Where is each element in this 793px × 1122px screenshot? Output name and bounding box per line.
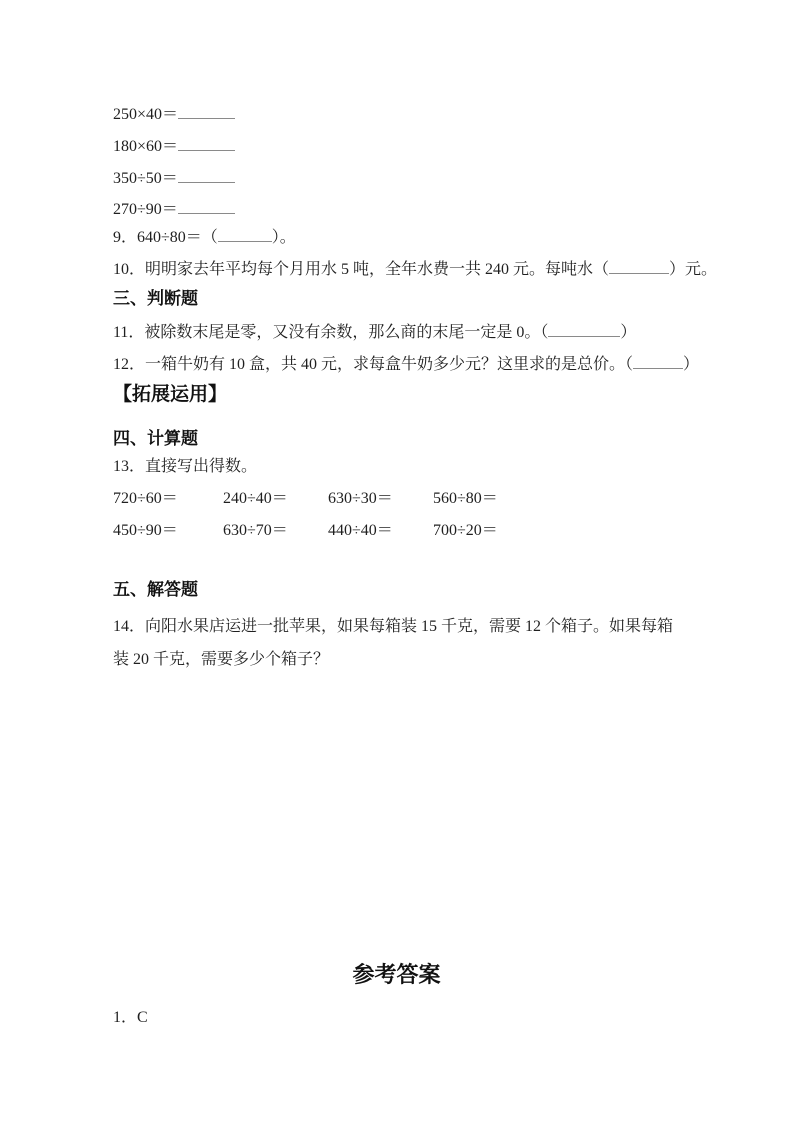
question-text: 9．640÷80＝（ [113, 229, 218, 246]
calc-row-2: 450÷90＝630÷70＝440÷40＝700÷20＝ [113, 521, 538, 541]
question-10: 10．明明家去年平均每个月用水 5 吨，全年水费一共 240 元。每吨水（）元。 [113, 258, 717, 280]
fill-equation-line-2: 180×60＝ [113, 135, 235, 157]
section-heading-judgment: 三、判断题 [113, 289, 198, 309]
calc-item: 440÷40＝ [328, 521, 433, 541]
question-text-suffix: ） [620, 324, 636, 341]
question-text-suffix: ） [683, 356, 699, 373]
answer-item-1: 1．C [113, 1008, 148, 1028]
answer-blank [633, 353, 683, 369]
section-heading-calculation: 四、计算题 [113, 429, 198, 449]
question-text-suffix: ）。 [272, 229, 296, 246]
calc-item: 560÷80＝ [433, 489, 538, 509]
answer-blank [178, 167, 235, 183]
equation-text: 270÷90＝ [113, 201, 178, 218]
answer-blank [178, 135, 235, 151]
calc-item: 720÷60＝ [113, 489, 223, 509]
calc-item: 240÷40＝ [223, 489, 328, 509]
fill-equation-line-1: 250×40＝ [113, 103, 235, 125]
question-13-instruction: 13．直接写出得数。 [113, 457, 257, 477]
answer-blank [178, 198, 235, 214]
calc-item: 700÷20＝ [433, 521, 538, 541]
answer-blank [548, 321, 620, 337]
heading-expand-application: 【拓展运用】 [113, 385, 227, 405]
calc-item: 630÷70＝ [223, 521, 328, 541]
equation-text: 250×40＝ [113, 106, 178, 123]
calc-row-1: 720÷60＝240÷40＝630÷30＝560÷80＝ [113, 489, 538, 509]
calc-item: 450÷90＝ [113, 521, 223, 541]
question-12: 12．一箱牛奶有 10 盒，共 40 元，求每盒牛奶多少元？这里求的是总价。（） [113, 353, 699, 375]
question-text: 12．一箱牛奶有 10 盒，共 40 元，求每盒牛奶多少元？这里求的是总价。（ [113, 356, 633, 373]
fill-equation-line-4: 270÷90＝ [113, 198, 235, 220]
section-heading-solve: 五、解答题 [113, 580, 198, 600]
calc-item: 630÷30＝ [328, 489, 433, 509]
worksheet-page: 250×40＝ 180×60＝ 350÷50＝ 270÷90＝ 9．640÷80… [0, 0, 793, 1122]
question-text-suffix: ）元。 [669, 261, 717, 278]
question-text: 11．被除数末尾是零，又没有余数，那么商的末尾一定是 0。（ [113, 324, 548, 341]
equation-text: 350÷50＝ [113, 170, 178, 187]
answers-heading: 参考答案 [0, 958, 793, 989]
question-9: 9．640÷80＝（）。 [113, 226, 296, 248]
answer-blank [218, 226, 272, 242]
question-text: 10．明明家去年平均每个月用水 5 吨，全年水费一共 240 元。每吨水（ [113, 261, 609, 278]
answer-blank [178, 103, 235, 119]
answer-blank [609, 258, 669, 274]
fill-equation-line-3: 350÷50＝ [113, 167, 235, 189]
question-11: 11．被除数末尾是零，又没有余数，那么商的末尾一定是 0。（） [113, 321, 636, 343]
equation-text: 180×60＝ [113, 138, 178, 155]
question-14: 14．向阳水果店运进一批苹果，如果每箱装 15 千克，需要 12 个箱子。如果每… [113, 610, 688, 676]
